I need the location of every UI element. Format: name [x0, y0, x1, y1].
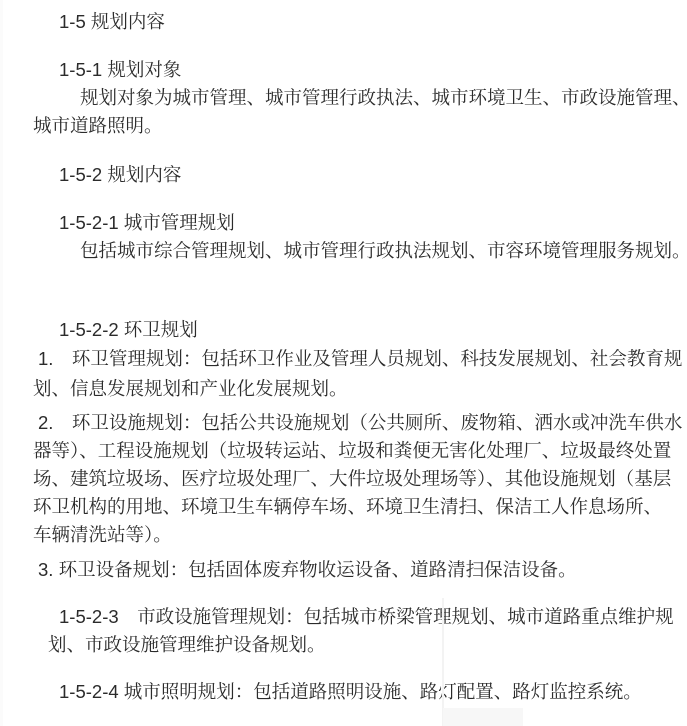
list-item-line: 车辆清洗站等）。: [0, 521, 687, 549]
page-edge-shadow: [0, 0, 3, 726]
paragraph-line: 划、市政设施管理维护设备规划。: [0, 631, 687, 659]
list-item-line: 场、建筑垃圾场、医疗垃圾处理厂、大件垃圾处理场等）、其他设施规划（基层: [0, 465, 687, 493]
section-heading-1-5-2-3: 1-5-2-3 市政设施管理规划：包括城市桥梁管理规划、城市道路重点维护规: [0, 603, 687, 631]
section-heading-1-5-2-2: 1-5-2-2 环卫规划: [0, 316, 687, 344]
scan-artifact-line: [442, 598, 444, 726]
list-item-line: 2. 环卫设施规划：包括公共设施规划（公共厕所、废物箱、洒水或冲洗车供水: [0, 409, 687, 437]
section-heading-1-5-1: 1-5-1 规划对象: [0, 56, 687, 84]
section-heading-1-5-2-4: 1-5-2-4 城市照明规划：包括道路照明设施、路灯配置、路灯监控系统。: [0, 678, 687, 706]
list-item-line: 器等）、工程设施规划（垃圾转运站、垃圾和粪便无害化处理厂、垃圾最终处置: [0, 437, 687, 465]
paragraph-line: 包括城市综合管理规划、城市管理行政执法规划、市容环境管理服务规划。: [0, 237, 687, 265]
document-page: 1-5 规划内容 1-5-1 规划对象 规划对象为城市管理、城市管理行政执法、城…: [0, 0, 687, 726]
paragraph-line: 城市道路照明。: [0, 112, 687, 140]
list-item-line: 划、信息发展规划和产业化发展规划。: [0, 375, 687, 403]
list-item-line: 环卫机构的用地、环境卫生车辆停车场、环境卫生清扫、保洁工人作息场所、: [0, 493, 687, 521]
scan-artifact-block: [443, 708, 523, 726]
section-heading-1-5-2-1: 1-5-2-1 城市管理规划: [0, 209, 687, 237]
list-item-line: 3. 环卫设备规划：包括固体废弃物收运设备、道路清扫保洁设备。: [0, 556, 687, 584]
list-item-line: 1. 环卫管理规划：包括环卫作业及管理人员规划、科技发展规划、社会教育规: [0, 345, 687, 373]
section-heading-1-5: 1-5 规划内容: [0, 8, 687, 36]
section-heading-1-5-2: 1-5-2 规划内容: [0, 161, 687, 189]
paragraph-line: 规划对象为城市管理、城市管理行政执法、城市环境卫生、市政设施管理、: [0, 84, 687, 112]
